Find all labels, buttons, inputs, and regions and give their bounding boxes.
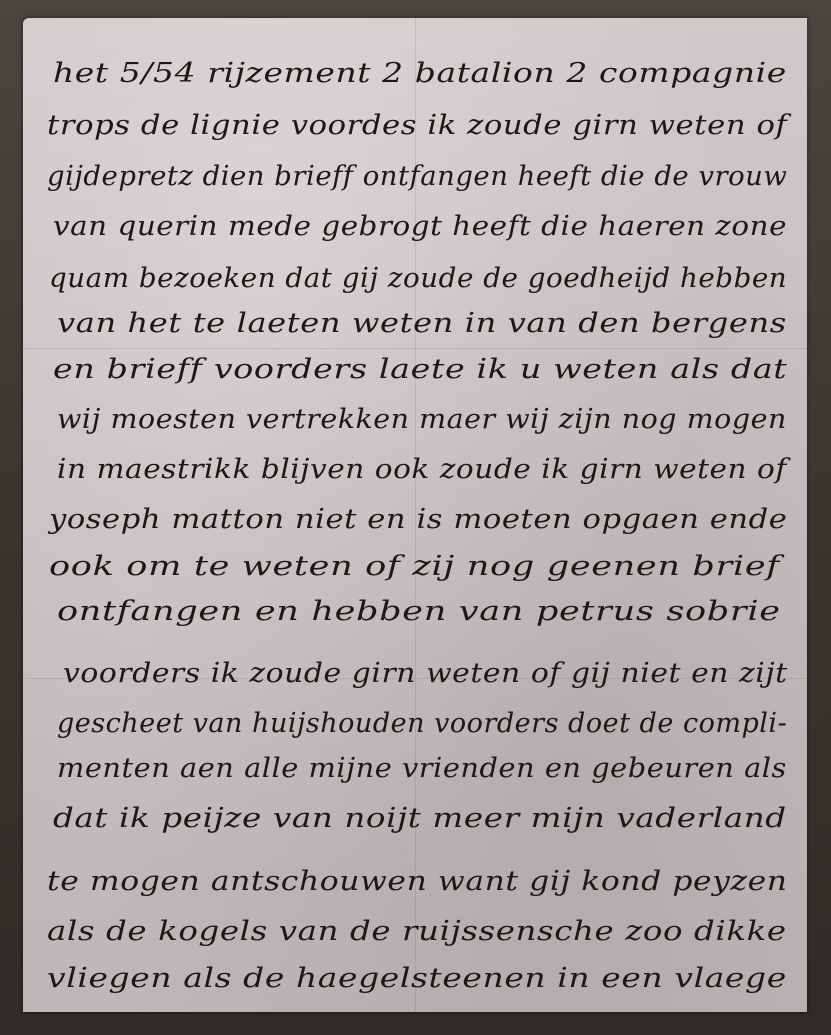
text-line: voorders ik zoude girn weten of gij niet… — [63, 658, 788, 689]
text-line: ontfangen en hebben van petrus sobrie — [57, 596, 781, 627]
text-line: van het te laeten weten in van den berge… — [57, 308, 787, 339]
text-line: trops de lignie voordes ik zoude girn we… — [47, 110, 787, 141]
handwritten-text: het 5/54 rijzement 2 batalion 2 compagni… — [23, 18, 807, 1012]
text-line: wij moesten vertrekken maer wij zijn nog… — [57, 404, 787, 435]
text-line: het 5/54 rijzement 2 batalion 2 compagni… — [53, 58, 787, 89]
text-line: als de kogels van de ruijssensche zoo di… — [47, 916, 787, 947]
text-line: gescheet van huijshouden voorders doet d… — [57, 708, 787, 739]
letter-page: het 5/54 rijzement 2 batalion 2 compagni… — [23, 18, 807, 1012]
text-line: menten aen alle mijne vrienden en gebeur… — [57, 753, 787, 784]
text-line: in maestrikk blijven ook zoude ik girn w… — [57, 454, 787, 485]
text-line: gijdepretz dien brieff ontfangen heeft d… — [47, 161, 787, 192]
text-line: yoseph matton niet en is moeten opgaen e… — [49, 504, 787, 535]
text-line: dat ik peijze van noijt meer mijn vaderl… — [53, 803, 787, 834]
text-line: en brieff voorders laete ik u weten als … — [53, 354, 787, 385]
text-line: ook om te weten of zij nog geenen brief — [49, 551, 780, 582]
text-line: vliegen als de haegelsteenen in een vlae… — [47, 963, 787, 994]
text-line: te mogen antschouwen want gij kond peyze… — [47, 866, 788, 897]
text-line: quam bezoeken dat gij zoude de goedheijd… — [49, 263, 787, 294]
text-line: van querin mede gebrogt heeft die haeren… — [53, 211, 787, 242]
